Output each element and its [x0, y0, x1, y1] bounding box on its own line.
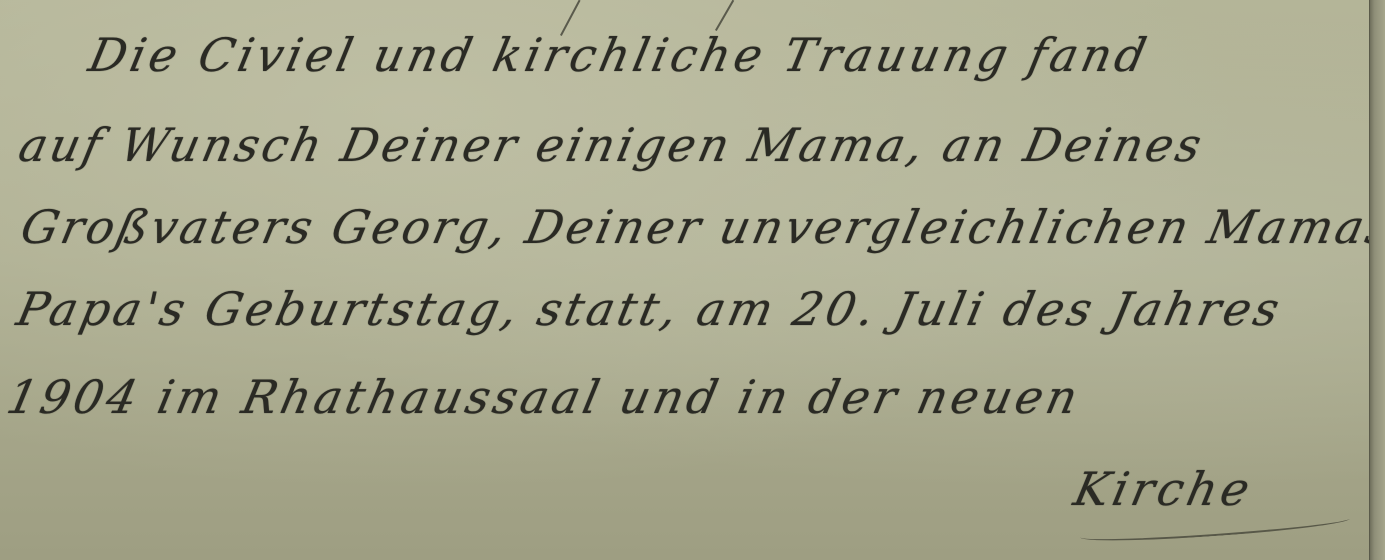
handwritten-line-2: auf Wunsch Deiner einigen Mama, an Deine… — [14, 118, 1209, 172]
pen-stroke — [715, 0, 734, 31]
page-edge — [1369, 0, 1385, 560]
handwritten-line-1: Die Civiel und kirchliche Trauung fand — [84, 28, 1155, 82]
letter-page: Die Civiel und kirchliche Trauung fand a… — [0, 0, 1370, 560]
handwritten-line-4: Papa's Geburtstag, statt, am 20. Juli de… — [12, 282, 1287, 336]
handwritten-line-3: Großvaters Georg, Deiner unvergleichlich… — [16, 200, 1385, 254]
handwritten-line-6: Kirche — [1069, 462, 1258, 516]
handwritten-line-5: 1904 im Rhathaussaal und in der neuen — [2, 370, 1086, 424]
